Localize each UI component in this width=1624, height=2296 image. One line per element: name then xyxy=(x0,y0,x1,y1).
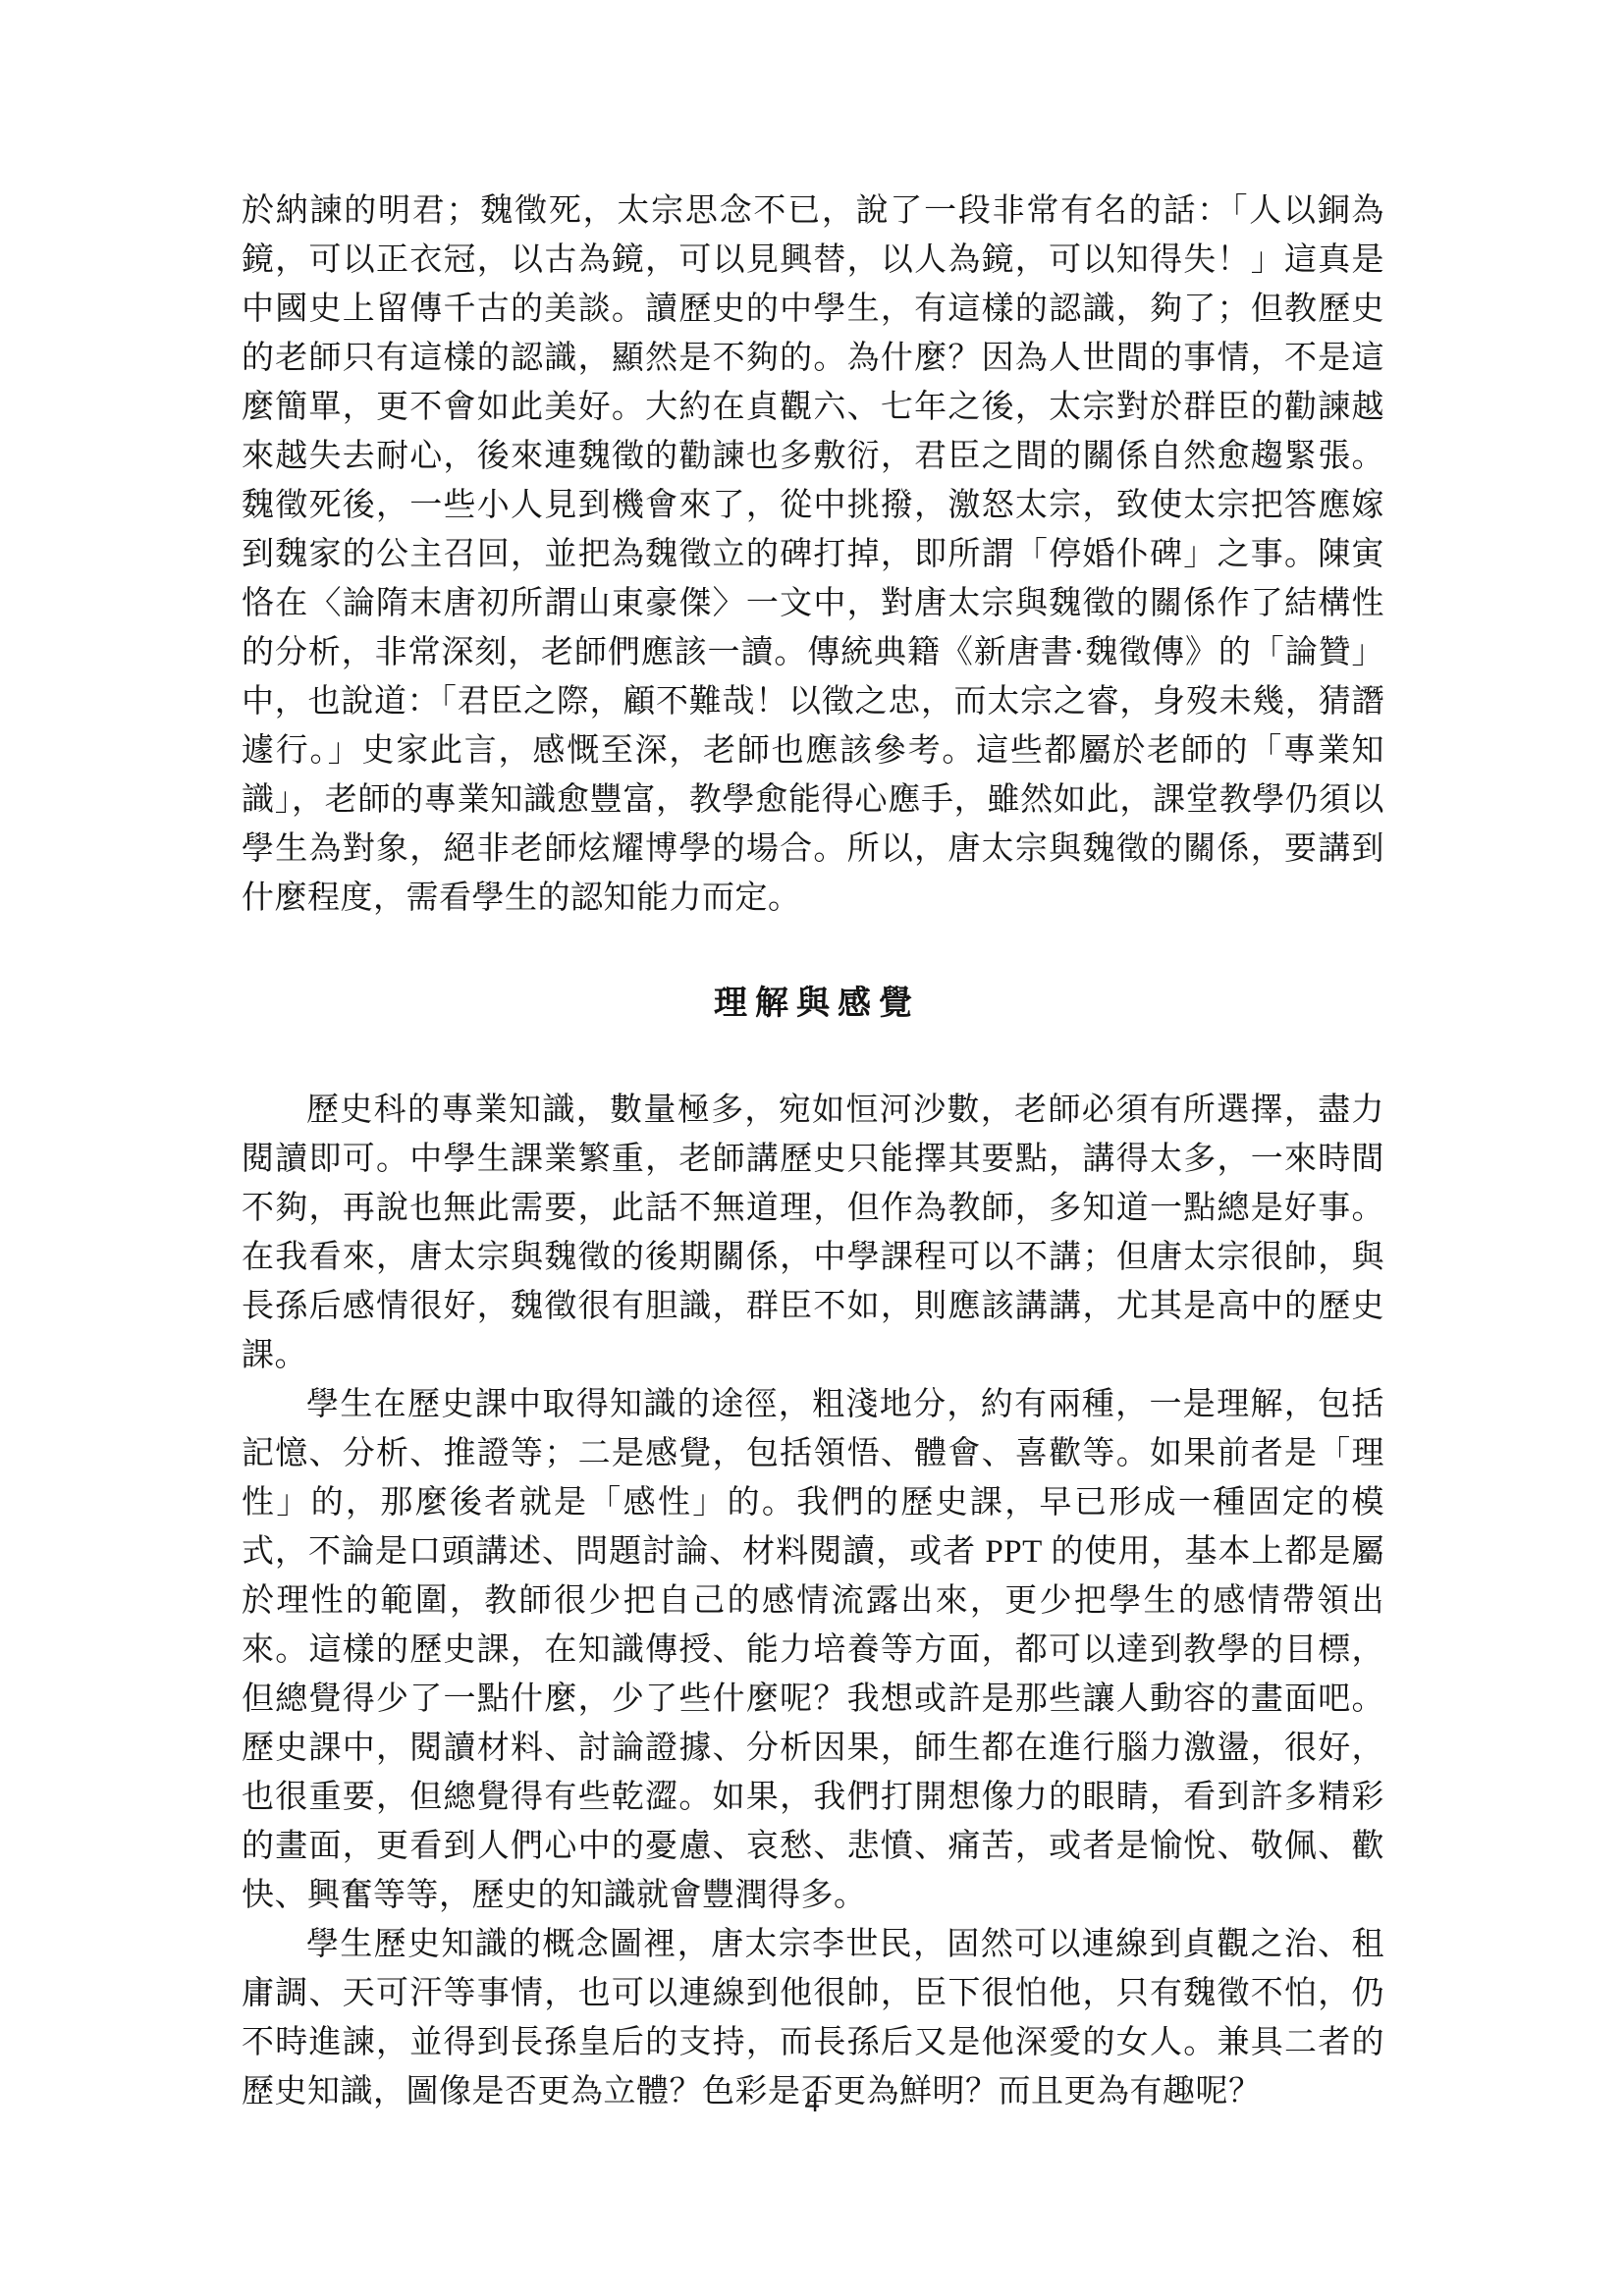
paragraph-1: 歷史科的專業知識，數量極多，宛如恒河沙數，老師必須有所選擇，盡力閱讀即可。中學生… xyxy=(242,1086,1384,1380)
text-column: 於納諫的明君；魏徵死，太宗思念不已，說了一段非常有名的話：「人以銅為鏡，可以正衣… xyxy=(242,187,1384,2116)
document-page: 於納諫的明君；魏徵死，太宗思念不已，說了一段非常有名的話：「人以銅為鏡，可以正衣… xyxy=(0,0,1624,2296)
paragraph-continuation: 於納諫的明君；魏徵死，太宗思念不已，說了一段非常有名的話：「人以銅為鏡，可以正衣… xyxy=(242,187,1384,923)
page-number: 4 xyxy=(0,2083,1624,2122)
section-heading: 理解與感覺 xyxy=(242,980,1384,1029)
paragraph-2: 學生在歷史課中取得知識的途徑，粗淺地分，約有兩種，一是理解，包括記憶、分析、推證… xyxy=(242,1380,1384,1920)
